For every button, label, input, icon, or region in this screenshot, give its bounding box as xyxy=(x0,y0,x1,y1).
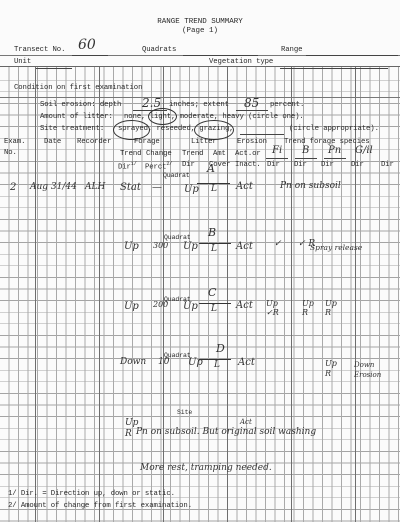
species-3-underline xyxy=(324,158,346,159)
species-1-underline xyxy=(266,158,288,159)
species-2: B xyxy=(302,145,309,156)
page-title: RANGE TREND SUMMARY xyxy=(0,18,400,26)
extent-underline xyxy=(236,110,268,111)
condition-rule xyxy=(0,97,400,98)
quadrat-c-species-2[interactable]: Up R xyxy=(302,299,318,317)
soil-erosion-label: Soil erosion: depth xyxy=(40,101,121,109)
exam-no[interactable]: 2 xyxy=(10,182,16,193)
quadrat-b-erosion[interactable]: Act xyxy=(236,241,253,252)
quadrat-b-litter-amt[interactable]: L xyxy=(211,244,217,254)
quadrat-b-id: B xyxy=(208,226,216,239)
col-no: No. xyxy=(4,149,17,157)
quadrat-a-litter-trend[interactable]: Up xyxy=(184,184,199,195)
quadrat-a-label: Quadrat xyxy=(163,172,190,179)
page-subtitle: (Page 1) xyxy=(0,27,400,35)
extent-field[interactable]: 85 xyxy=(244,96,259,110)
exam-recorder[interactable]: ALH xyxy=(85,182,105,192)
species-3-dir: Dir xyxy=(321,161,334,169)
col-forage-perct: Perct2/ xyxy=(145,161,172,171)
species-2-dir: Dir xyxy=(294,161,307,169)
range-label: Range xyxy=(281,46,302,54)
transect-field[interactable]: 60 xyxy=(78,37,96,53)
species-4: G/il xyxy=(355,145,373,156)
site-note-2[interactable]: More rest, tramping needed. xyxy=(140,463,272,473)
quadrat-a-erosion[interactable]: Act xyxy=(236,181,253,192)
quadrat-b-forage-trend[interactable]: Up xyxy=(124,241,139,252)
quadrat-d-id: D xyxy=(216,342,225,355)
exam-date[interactable]: Aug 31/44 xyxy=(30,182,77,192)
col-litter: Litter xyxy=(191,138,217,146)
treatment-grazing-circle xyxy=(194,120,234,140)
quadrat-c-id: C xyxy=(208,286,216,299)
quadrat-c-erosion[interactable]: Act xyxy=(236,300,253,311)
species-4-dir: Dir xyxy=(351,161,364,169)
col-date: Date xyxy=(44,138,61,146)
quadrat-c-species-1[interactable]: Up ✓R xyxy=(266,299,286,317)
col-exam: Exam. xyxy=(4,138,25,146)
quadrat-a-forage-change[interactable]: — xyxy=(152,182,162,193)
treatment-suffix: (circle appropriate). xyxy=(289,125,379,133)
footnote-2: 2/ Amount of change from first examinati… xyxy=(8,502,192,510)
quadrat-c-species-3[interactable]: Up R xyxy=(325,299,341,317)
quadrat-c-litter-trend[interactable]: Up xyxy=(183,301,198,312)
transect-underline xyxy=(72,55,108,56)
depth-unit: inches; extent xyxy=(169,101,229,109)
species-3: Pn xyxy=(328,145,341,156)
quadrat-b-note[interactable]: Spray release xyxy=(310,243,362,252)
extent-unit: percent. xyxy=(270,101,304,109)
species-5-dir: Dir xyxy=(381,161,394,169)
unit-rule xyxy=(0,66,400,67)
quadrat-d-erosion[interactable]: Act xyxy=(238,357,255,368)
quadrat-a-forage-trend[interactable]: Stat xyxy=(120,182,141,193)
litter-selected-circle xyxy=(148,108,177,125)
quadrat-d-forage-trend[interactable]: Down xyxy=(120,357,146,367)
unit-field[interactable] xyxy=(36,68,72,69)
quadrat-d-note[interactable]: Down Erosion xyxy=(354,360,388,380)
col-litter-trend: Trend xyxy=(182,150,203,158)
quadrats-field[interactable] xyxy=(183,55,258,56)
site-label: Site xyxy=(177,409,192,416)
footnote-1: 1/ Dir. = Direction up, down or static. xyxy=(8,490,175,498)
col-forage: Forage xyxy=(134,138,160,146)
col-erosion-act: Act.or xyxy=(235,150,261,158)
quadrat-d-litter-amt[interactable]: L xyxy=(214,360,220,370)
col-litter-amt: Amt xyxy=(213,150,226,158)
quadrat-c-forage-change[interactable]: 200 xyxy=(153,300,168,309)
litter-label: Amount of litter: xyxy=(40,113,113,121)
site-erosion-mark[interactable]: Act xyxy=(240,418,252,426)
quadrats-label: Quadrats xyxy=(142,46,176,54)
vegetation-field[interactable] xyxy=(280,68,388,69)
quadrat-a-id: A xyxy=(207,162,215,175)
range-field[interactable] xyxy=(306,55,398,56)
transect-label: Transect No. xyxy=(14,46,65,54)
quadrat-b-label: Quadrat xyxy=(164,234,191,241)
treatment-other-field[interactable] xyxy=(240,134,284,135)
treatment-sprayed-circle xyxy=(113,120,150,140)
treatment-label: Site treatment: xyxy=(40,125,104,133)
quadrat-c-litter-amt[interactable]: L xyxy=(211,304,217,314)
quadrat-d-forage-change[interactable]: 10 xyxy=(158,357,169,367)
quadrat-d-species-3[interactable]: Up R xyxy=(325,359,341,379)
quadrat-a-note[interactable]: Pn on subsoil xyxy=(280,181,341,191)
col-erosion-inact: Inact. xyxy=(235,161,261,169)
quadrat-b-forage-change[interactable]: 300 xyxy=(153,241,168,250)
species-2-underline xyxy=(295,158,317,159)
quadrat-a-litter-amt[interactable]: L xyxy=(211,184,217,194)
species-1-dir: Dir xyxy=(267,161,280,169)
col-litter-dir: Dir xyxy=(182,161,195,169)
quadrat-d-litter-trend[interactable]: Up xyxy=(188,357,203,368)
col-forage-change: Change xyxy=(146,150,172,158)
col-recorder: Recorder xyxy=(77,138,111,146)
col-forage-dir: Dir1/ xyxy=(118,161,137,171)
quadrat-c-forage-trend[interactable]: Up xyxy=(124,301,139,312)
unit-label: Unit xyxy=(14,58,31,66)
col-erosion: Erosion xyxy=(237,138,267,146)
quadrat-b-litter-trend[interactable]: Up xyxy=(183,241,198,252)
site-note-1[interactable]: Pn on subsoil. But original soil washing xyxy=(136,427,316,437)
condition-heading: Condition on first examination xyxy=(14,84,142,92)
quadrat-b-species-1[interactable]: ✓ xyxy=(274,239,282,249)
vegetation-label: Vegetation type xyxy=(209,58,273,66)
col-forage-trend: Trend xyxy=(120,150,141,158)
species-1: Fi xyxy=(272,145,282,156)
